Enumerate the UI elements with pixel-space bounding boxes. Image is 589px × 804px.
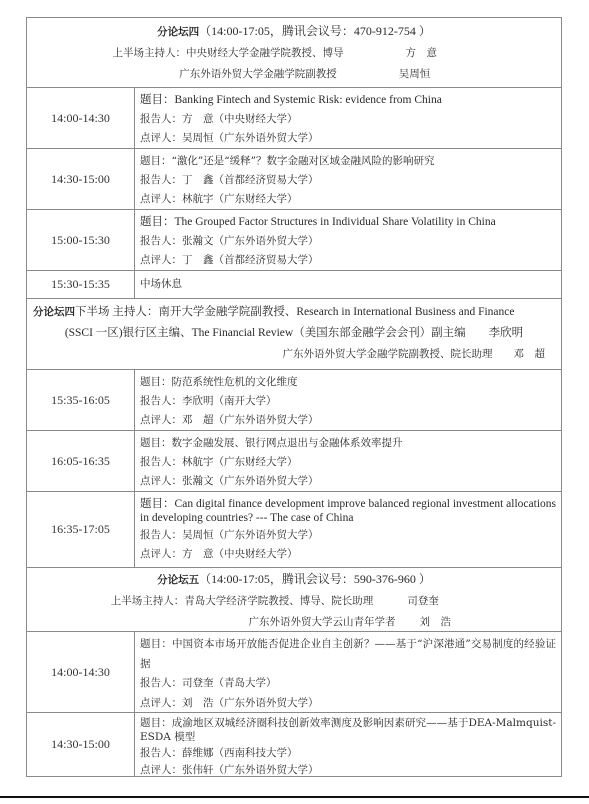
forum5-host2-affiliation: 广东外语外贸大学云山青年学者: [249, 612, 396, 633]
session-row: 14:30-15:00 题目：成渝地区双城经济圈科技创新效率测度及影响因素研究—…: [27, 712, 561, 776]
forum5-host1-affiliation: 青岛大学经济学院教授、博导、院长助理: [184, 591, 373, 612]
forum4-host1-affiliation: 中央财经大学金融学院教授、博导: [186, 43, 344, 64]
session-title: 题目：数字金融发展、银行网点退出与金融体系效率提升: [140, 434, 556, 453]
session-row: 16:05-16:35 题目：数字金融发展、银行网点退出与金融体系效率提升 报告…: [27, 430, 561, 491]
session-time: 15:00-15:30: [27, 210, 135, 270]
forum4-second-title: 分论坛四: [33, 306, 75, 318]
session-speaker: 报告人：张瀚文（广东外语外贸大学）: [140, 232, 556, 251]
forum4-host2-name: 吴周恒: [337, 64, 469, 85]
session-discussant: 点评人：林航宇（广东财经大学）: [140, 190, 556, 209]
forum5-host2-name: 刘 浩: [396, 612, 490, 633]
forum4-header: 分论坛四（14:00-17:05，腾讯会议号：470-912-754 ） 上半场…: [27, 18, 561, 87]
session-discussant: 点评人：方 意（中央财经大学）: [140, 545, 556, 564]
break-row: 15:30-15:35 中场休息: [27, 270, 561, 298]
session-time: 15:35-16:05: [27, 370, 135, 430]
forum4-meeting-info: （14:00-17:05，腾讯会议号：470-912-754 ）: [199, 24, 431, 38]
break-time: 15:30-15:35: [27, 271, 135, 298]
session-time: 14:30-15:00: [27, 149, 135, 209]
session-row: 16:35-17:05 题目：Can digital finance devel…: [27, 491, 561, 567]
session-title: 题目：Banking Fintech and Systemic Risk: ev…: [140, 91, 556, 110]
session-speaker: 报告人：吴周恒（广东外语外贸大学）: [140, 526, 556, 545]
page-bottom-rule: [0, 796, 589, 798]
forum4-second-half-header: 分论坛四下半场 主持人：南开大学金融学院副教授、Research in Inte…: [27, 298, 561, 369]
session-title: 题目：Can digital finance development impro…: [140, 495, 556, 526]
schedule-table: 分论坛四（14:00-17:05，腾讯会议号：470-912-754 ） 上半场…: [26, 17, 562, 777]
session-time: 14:00-14:30: [27, 632, 135, 712]
forum4-host1-name: 方 意: [344, 43, 476, 64]
session-row: 15:35-16:05 题目：防范系统性危机的文化维度 报告人：李欣明（南开大学…: [27, 369, 561, 430]
session-title: 题目：成渝地区双城经济圈科技创新效率测度及影响因素研究——基于DEA-Malmq…: [140, 714, 556, 745]
forum4-second-host-line3: 广东外语外贸大学金融学院副教授、院长助理 邓 超: [33, 344, 555, 365]
forum4-title: 分论坛四: [157, 26, 199, 38]
session-discussant: 点评人：丁 鑫（首都经济贸易大学）: [140, 251, 556, 270]
forum4-second-host-line1: 下半场 主持人：南开大学金融学院副教授、Research in Internat…: [75, 306, 515, 318]
forum5-meeting-info: （14:00-17:05，腾讯会议号：590-376-960 ）: [199, 572, 431, 586]
forum5-host1-name: 司登奎: [373, 591, 477, 612]
session-time: 14:30-15:00: [27, 713, 135, 776]
session-title: 题目：防范系统性危机的文化维度: [140, 373, 556, 392]
forum5-header: 分论坛五（14:00-17:05，腾讯会议号：590-376-960 ） 上半场…: [27, 567, 561, 631]
session-discussant: 点评人：张瀚文（广东外语外贸大学）: [140, 472, 556, 491]
forum5-title: 分论坛五: [157, 574, 199, 586]
session-speaker: 报告人：司登奎（青岛大学）: [140, 674, 556, 694]
session-title: 题目：“激化”还是“缓释”？数字金融对区域金融风险的影响研究: [140, 152, 556, 171]
session-speaker: 报告人：薛维娜（西南科技大学）: [140, 745, 556, 762]
break-label: 中场休息: [140, 275, 182, 294]
session-title: 题目：The Grouped Factor Structures in Indi…: [140, 213, 556, 232]
session-time: 14:00-14:30: [27, 88, 135, 148]
session-speaker: 报告人：方 意（中央财经大学）: [140, 110, 556, 129]
session-speaker: 报告人：丁 鑫（首都经济贸易大学）: [140, 171, 556, 190]
session-time: 16:35-17:05: [27, 492, 135, 567]
forum4-second-host-line2: (SSCI 一区)银行区主编、The Financial Review（美国东部…: [33, 323, 555, 344]
session-speaker: 报告人：李欣明（南开大学）: [140, 392, 556, 411]
session-row: 14:00-14:30 题目：中国资本市场开放能否促进企业自主创新？——基于“沪…: [27, 631, 561, 712]
forum4-host2-affiliation: 广东外语外贸大学金融学院副教授: [179, 64, 337, 85]
session-row: 14:00-14:30 题目：Banking Fintech and Syste…: [27, 87, 561, 148]
session-row: 14:30-15:00 题目：“激化”还是“缓释”？数字金融对区域金融风险的影响…: [27, 148, 561, 209]
session-time: 16:05-16:35: [27, 431, 135, 491]
session-row: 15:00-15:30 题目：The Grouped Factor Struct…: [27, 209, 561, 270]
session-discussant: 点评人：刘 浩（广东外语外贸大学）: [140, 694, 556, 714]
session-discussant: 点评人：吴周恒（广东外语外贸大学）: [140, 129, 556, 148]
session-discussant: 点评人：邓 超（广东外语外贸大学）: [140, 411, 556, 430]
forum5-host-label: 上半场主持人：: [111, 591, 185, 612]
session-speaker: 报告人：林航宇（广东财经大学）: [140, 453, 556, 472]
forum4-host-label: 上半场主持人：: [113, 43, 187, 64]
session-discussant: 点评人：张伟轩（广东外语外贸大学）: [140, 762, 556, 779]
session-title: 题目：中国资本市场开放能否促进企业自主创新？——基于“沪深港通”交易制度的经验证…: [140, 635, 556, 674]
